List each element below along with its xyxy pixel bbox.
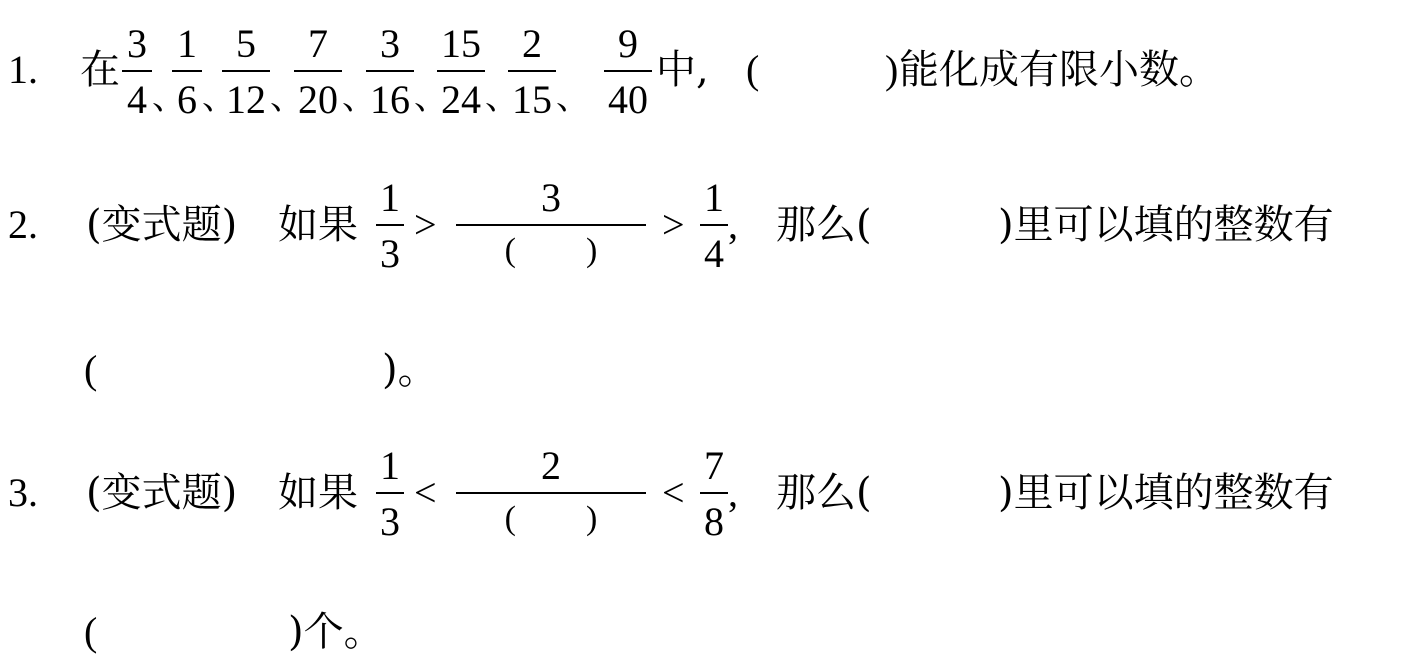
fraction-bar bbox=[700, 492, 728, 494]
comma: , bbox=[728, 473, 738, 513]
fraction-bar bbox=[456, 492, 646, 494]
question-tag: (变式题) bbox=[86, 205, 237, 245]
question-text: 如果 bbox=[278, 205, 358, 245]
fraction-bar bbox=[172, 70, 202, 72]
fraction: 3 4 bbox=[122, 24, 152, 120]
question-text: 如果 bbox=[278, 473, 358, 513]
fraction: 15 24 bbox=[437, 24, 485, 120]
question-text: 中, bbox=[656, 50, 709, 90]
question-text: 能化成有限小数。 bbox=[899, 50, 1219, 90]
question-number: 3. bbox=[8, 473, 38, 513]
fraction-with-blank: 2 ( ) bbox=[456, 446, 646, 536]
question-text: )里可以填的整数有 bbox=[998, 473, 1334, 513]
fraction: 7 20 bbox=[294, 24, 342, 120]
denominator-blank-open: ( bbox=[505, 234, 516, 268]
fraction-bar bbox=[437, 70, 485, 72]
fraction-bar bbox=[508, 70, 556, 72]
comparison-operator: > bbox=[662, 205, 685, 245]
question-text: 那么( bbox=[776, 205, 872, 245]
question-text: 那么( bbox=[776, 473, 872, 513]
answer-blank-close: )个。 bbox=[288, 612, 384, 652]
fraction-bar bbox=[366, 70, 414, 72]
fraction-bar bbox=[376, 492, 404, 494]
fraction: 1 4 bbox=[700, 178, 728, 274]
answer-blank-close: )。 bbox=[382, 350, 438, 390]
fraction-bar bbox=[700, 224, 728, 226]
comparison-operator: < bbox=[662, 473, 685, 513]
fraction-bar bbox=[604, 70, 652, 72]
fraction-bar bbox=[456, 224, 646, 226]
fraction: 5 12 bbox=[222, 24, 270, 120]
fraction: 1 6 bbox=[172, 24, 202, 120]
answer-blank-open: ( bbox=[84, 612, 97, 652]
answer-blank-close: ) bbox=[885, 50, 898, 90]
answer-blank-open: ( bbox=[84, 350, 97, 390]
fraction: 1 3 bbox=[376, 446, 404, 542]
question-number: 2. bbox=[8, 205, 38, 245]
fraction: 1 3 bbox=[376, 178, 404, 274]
separator: 、 bbox=[556, 70, 590, 119]
fraction-bar bbox=[294, 70, 342, 72]
fraction-bar bbox=[222, 70, 270, 72]
fraction-bar bbox=[122, 70, 152, 72]
denominator-blank-close: ) bbox=[586, 234, 597, 268]
fraction-with-blank: 3 ( ) bbox=[456, 178, 646, 268]
denominator-blank-close: ) bbox=[586, 502, 597, 536]
comparison-operator: < bbox=[414, 473, 437, 513]
denominator-blank-open: ( bbox=[505, 502, 516, 536]
fraction: 3 16 bbox=[366, 24, 414, 120]
comparison-operator: > bbox=[414, 205, 437, 245]
question-number: 1. bbox=[8, 50, 38, 90]
question-text: )里可以填的整数有 bbox=[998, 205, 1334, 245]
fraction: 7 8 bbox=[700, 446, 728, 542]
comma: , bbox=[728, 205, 738, 245]
fraction: 9 40 bbox=[604, 24, 652, 120]
question-tag: (变式题) bbox=[86, 473, 237, 513]
fraction-bar bbox=[376, 224, 404, 226]
fraction: 2 15 bbox=[508, 24, 556, 120]
question-text: 在 bbox=[80, 50, 120, 90]
answer-blank-open: ( bbox=[746, 50, 759, 90]
